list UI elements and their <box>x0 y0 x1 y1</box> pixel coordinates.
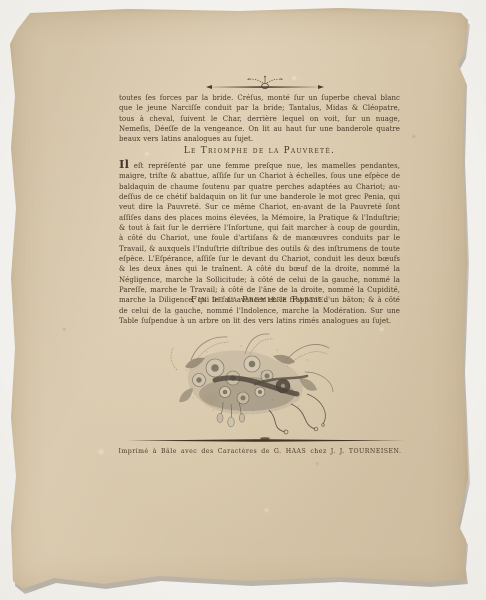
footer-swelled-rule-icon <box>125 436 405 444</box>
section-heading: Le Triomphe de la Pauvreté. <box>119 146 400 156</box>
continuation-paragraph: toutes ſes forces par la bride. Créſus, … <box>119 93 400 145</box>
part-end-heading: Fin de la Première Partie. <box>119 295 400 305</box>
scan-background: toutes ſes forces par la bride. Créſus, … <box>0 0 486 600</box>
drop-cap-initial: Il <box>119 157 129 171</box>
header-rule-ornament-icon <box>203 74 327 92</box>
imprint-line: Imprimé à Bâle avec des Caractères de G.… <box>117 448 403 455</box>
page-sheet: toutes ſes forces par la bride. Créſus, … <box>9 8 469 592</box>
floral-tailpiece-vignette <box>157 330 345 440</box>
